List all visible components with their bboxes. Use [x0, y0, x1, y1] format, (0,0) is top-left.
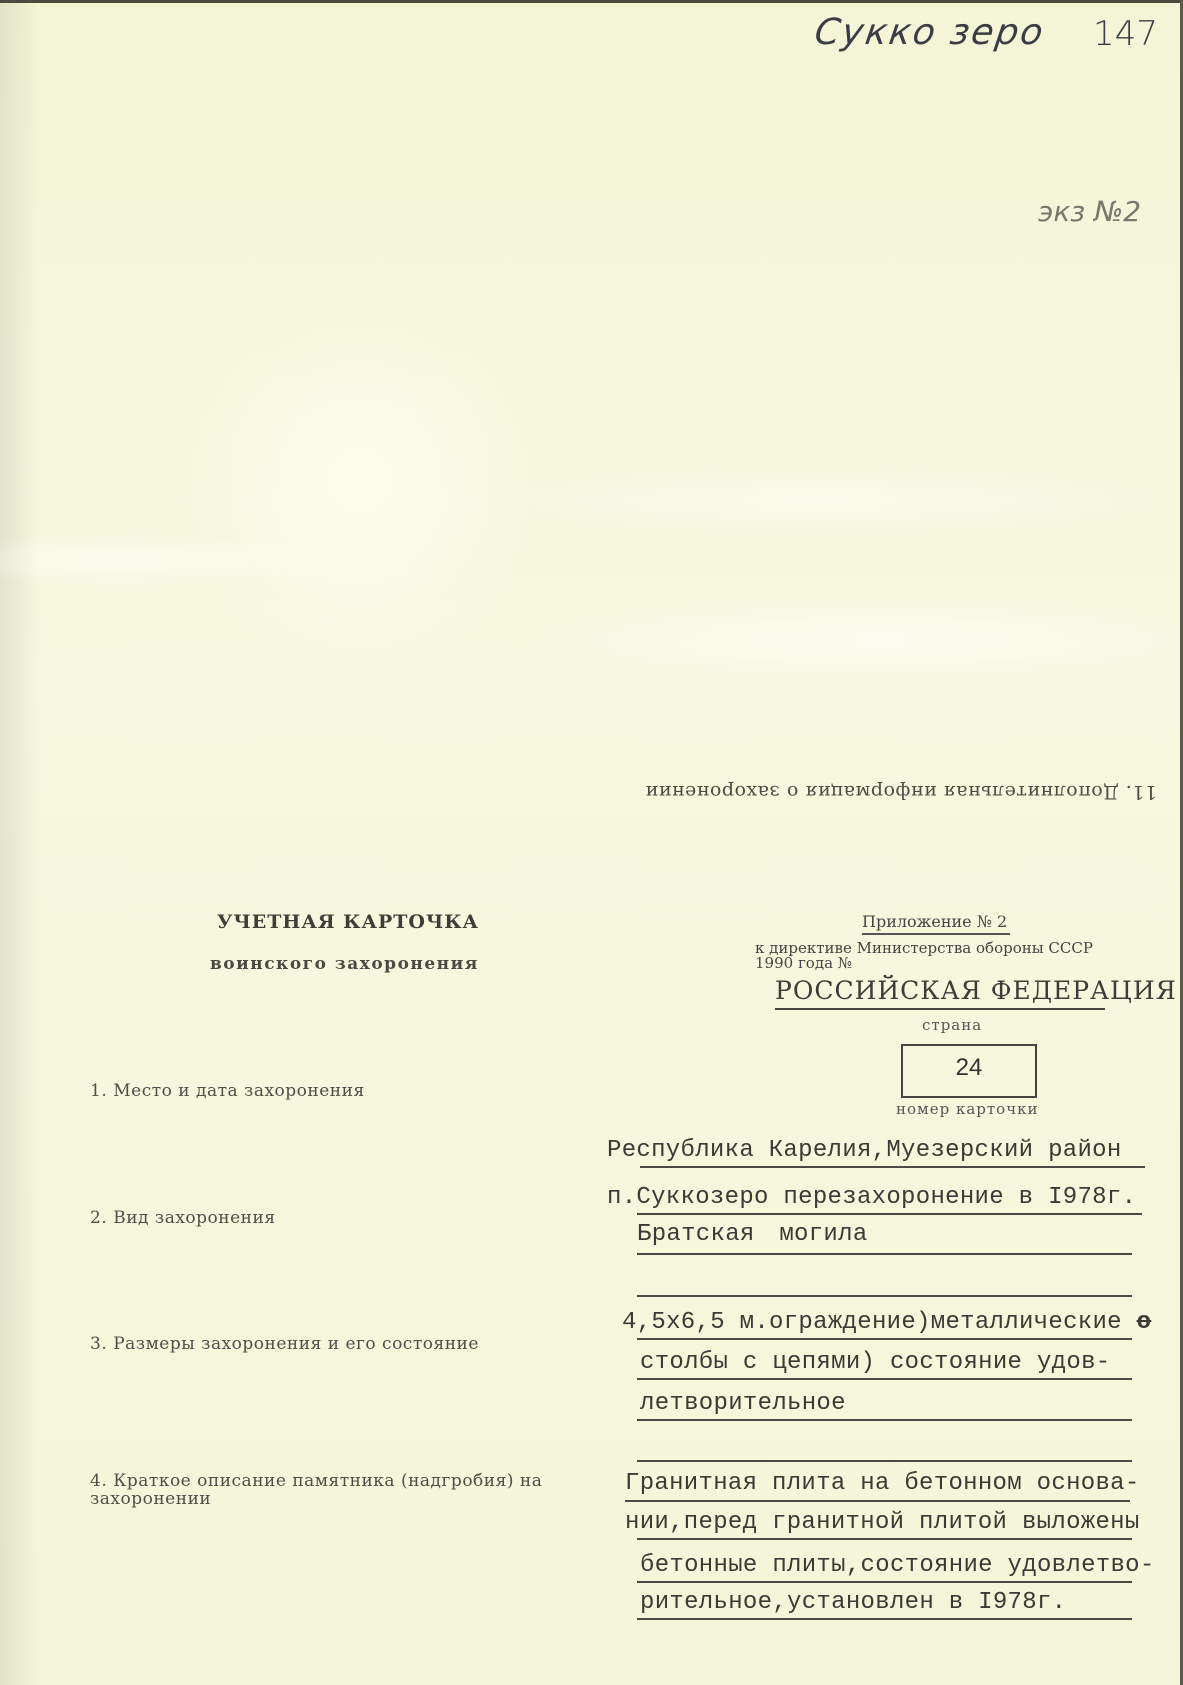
- field-2-rule-2: [637, 1295, 1132, 1297]
- field-2-number: 2.: [90, 1208, 107, 1228]
- field-3-line-3: летворительное: [640, 1390, 846, 1417]
- field-4-line-1: Гранитная плита на бетонном основа-: [625, 1470, 1140, 1497]
- field-1-label-text: Место и дата захоронения: [113, 1081, 364, 1101]
- field-4-line-4: рительное,установлен в I978г.: [640, 1589, 1066, 1616]
- card-number-label: номер карточки: [896, 1100, 1038, 1118]
- field-3-line-2: столбы с цепями) состояние удов-: [640, 1349, 1110, 1376]
- handwritten-number: 147: [1093, 14, 1158, 54]
- card-subtitle: воинского захоронения: [210, 954, 479, 974]
- country-underline: [775, 1008, 1105, 1010]
- field-4-rule-4: [637, 1618, 1132, 1620]
- appendix-underline: [862, 933, 1010, 935]
- appendix-label: Приложение № 2: [862, 912, 1007, 931]
- field-2-label-text: Вид захоронения: [113, 1208, 275, 1228]
- country-label: страна: [922, 1016, 982, 1034]
- field-1-label: 1.Место и дата захоронения: [90, 1081, 365, 1101]
- scan-top-edge: [0, 0, 1183, 3]
- field-2-line-1: Братская могила: [637, 1221, 868, 1248]
- upside-down-heading: 11. Дополнительная информация о захороне…: [645, 781, 1157, 803]
- field-2-label: 2.Вид захоронения: [90, 1208, 276, 1228]
- field-1-line-1: Республика Карелия,Муезерский район: [607, 1137, 1122, 1164]
- field-1-number: 1.: [90, 1081, 107, 1101]
- field-3-rule-2: [637, 1378, 1132, 1380]
- field-4-line-3: бетонные плиты,состояние удовлетво-: [640, 1552, 1155, 1579]
- field-3-line-1: 4,5х6,5 м.ограждение)металлические о: [622, 1309, 1151, 1336]
- field-1-rule-2: [637, 1213, 1142, 1215]
- field-4-line-2: нии,перед гранитной плитой выложены: [625, 1509, 1140, 1536]
- field-1-rule-1: [640, 1166, 1145, 1168]
- directive-line-2: 1990 года №: [755, 956, 1093, 971]
- field-3-line-1-text: 4,5х6,5 м.ограждение)металлические: [622, 1309, 1122, 1336]
- handwritten-place-name: Сукко зеро: [812, 12, 1047, 53]
- field-3-label-text: Размеры захоронения и его состояние: [113, 1334, 479, 1354]
- field-3-rule-3: [637, 1419, 1132, 1421]
- directive-reference: к директиве Министерства обороны СССР 19…: [755, 941, 1093, 971]
- country-value: РОССИЙСКАЯ ФЕДЕРАЦИЯ: [775, 976, 1177, 1005]
- card-title: УЧЕТНАЯ КАРТОЧКА: [217, 911, 479, 933]
- field-2-rule-1: [637, 1253, 1132, 1255]
- field-3-label: 3.Размеры захоронения и его состояние: [90, 1334, 479, 1354]
- struck-out-character: о: [1137, 1309, 1152, 1336]
- field-4-rule-3: [637, 1581, 1132, 1583]
- handwritten-copy-mark: экз №2: [1038, 195, 1141, 228]
- field-3-rule-1: [637, 1338, 1132, 1340]
- field-3-rule-4: [637, 1460, 1132, 1462]
- field-4-number: 4.: [90, 1471, 107, 1491]
- card-number-box: 24: [901, 1044, 1037, 1098]
- field-4-rule-1: [625, 1500, 1130, 1502]
- field-1-line-2: п.Суккозеро перезахоронение в I978г.: [607, 1184, 1136, 1211]
- card-number: 24: [903, 1054, 1035, 1082]
- field-3-number: 3.: [90, 1334, 107, 1354]
- field-4-label: 4.Краткое описание памятника (надгробия)…: [90, 1472, 590, 1508]
- field-4-rule-2: [637, 1538, 1132, 1540]
- field-4-label-text: Краткое описание памятника (надгробия) н…: [90, 1471, 542, 1509]
